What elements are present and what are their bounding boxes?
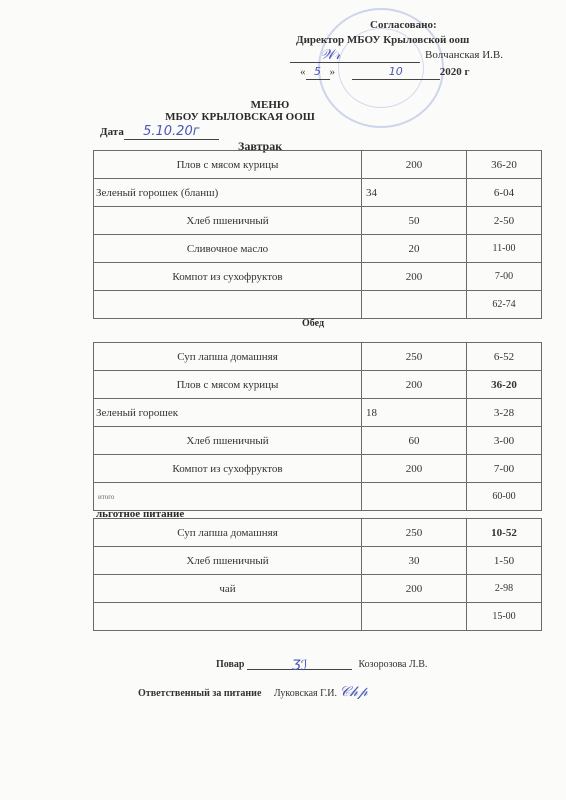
dish-name: Зеленый горошек (бланш) [94,179,362,207]
dish-weight [362,291,467,319]
dish-price: 7-00 [467,263,542,291]
table-row-total: 62-74 [94,291,542,319]
cook-label: Повар [216,659,245,670]
dish-weight: 50 [362,207,467,235]
responsible-signature-line: Ответственный за питание Луковская Г.И. … [138,684,368,700]
dish-price: 3-00 [467,427,542,455]
dish-price: 1-50 [467,547,542,575]
dish-price: 10-52 [467,519,542,547]
table-row-total: итого 60-00 [94,483,542,511]
dish-price: 2-50 [467,207,542,235]
dish-weight: 20 [362,235,467,263]
table-row: Хлеб пшеничный 50 2-50 [94,207,542,235]
total-price: 60-00 [467,483,542,511]
dish-name: Компот из сухофруктов [94,455,362,483]
table-row: Хлеб пшеничный 60 3-00 [94,427,542,455]
dish-price: 2-98 [467,575,542,603]
dish-weight: 18 [362,399,467,427]
approval-year: 2020 г [440,66,470,78]
school-name: МБОУ КРЫЛОВСКАЯ ООШ [0,111,480,123]
dish-price: 6-52 [467,343,542,371]
dish-weight: 200 [362,151,467,179]
dish-weight: 200 [362,263,467,291]
dish-price: 3-28 [467,399,542,427]
dish-price: 6-04 [467,179,542,207]
cook-signature-line: Повар Ʒℐ Козорозова Л.В. [216,658,427,670]
total-price: 15-00 [467,603,542,631]
dish-price: 36-20 [467,371,542,399]
responsible-label: Ответственный за питание [138,688,261,699]
table-row: Компот из сухофруктов 200 7-00 [94,455,542,483]
breakfast-table: Плов с мясом курицы 200 36-20 Зеленый го… [93,150,542,319]
dish-weight: 30 [362,547,467,575]
dish-weight: 34 [362,179,467,207]
dish-name: Плов с мясом курицы [94,371,362,399]
total-price: 62-74 [467,291,542,319]
table-row: чай 200 2-98 [94,575,542,603]
date-label: Дата [100,126,124,138]
dish-weight [362,603,467,631]
dish-name: Суп лапша домашняя [94,519,362,547]
approval-heading: Согласовано: [370,18,437,33]
dish-name: Плов с мясом курицы [94,151,362,179]
table-row: Суп лапша домашняя 250 10-52 [94,519,542,547]
cook-signature-field: Ʒℐ [247,658,352,670]
page-title: МЕНЮ [0,99,540,111]
dish-name: Компот из сухофруктов [94,263,362,291]
dish-name: Хлеб пшеничный [94,207,362,235]
table-row: Зеленый горошек 18 3-28 [94,399,542,427]
section-title-lunch: Обед [302,318,324,329]
lunch-table: Суп лапша домашняя 250 6-52 Плов с мясом… [93,342,542,511]
responsible-signature: 𝒞𝒽𝓅 [340,684,368,700]
table-row: Компот из сухофруктов 200 7-00 [94,263,542,291]
dish-name [94,291,362,319]
director-signature-line: 𝒲𝓇 [290,48,420,63]
director-name: Волчанская И.В. [425,48,503,63]
dish-weight: 200 [362,371,467,399]
dish-weight: 250 [362,343,467,371]
dish-price: 11-00 [467,235,542,263]
subsidized-table: Суп лапша домашняя 250 10-52 Хлеб пшенич… [93,518,542,631]
table-row: Сливочное масло 20 11-00 [94,235,542,263]
dish-weight: 200 [362,575,467,603]
dish-weight: 250 [362,519,467,547]
dish-name: чай [94,575,362,603]
dish-weight: 60 [362,427,467,455]
approval-date: «5» 102020 г [300,64,470,80]
responsible-name: Луковская Г.И. [274,688,337,699]
approval-position: Директор МБОУ Крыловской оош [296,33,469,48]
approval-month: 10 [352,64,440,80]
director-signature: 𝒲𝓇 [320,48,341,63]
date-field: Дата5.10.20г [100,124,219,140]
dish-name [94,603,362,631]
cook-name: Козорозова Л.В. [359,659,428,670]
table-row: Плов с мясом курицы 200 36-20 [94,371,542,399]
total-label: итого [94,483,362,511]
dish-name: Сливочное масло [94,235,362,263]
table-row: Зеленый горошек (бланш) 34 6-04 [94,179,542,207]
dish-price: 36-20 [467,151,542,179]
date-value: 5.10.20г [124,124,219,140]
dish-name: Суп лапша домашняя [94,343,362,371]
dish-name: Зеленый горошек [94,399,362,427]
dish-price: 7-00 [467,455,542,483]
approval-day: 5 [306,64,330,80]
table-row-total: 15-00 [94,603,542,631]
dish-name: Хлеб пшеничный [94,547,362,575]
dish-weight [362,483,467,511]
table-row: Плов с мясом курицы 200 36-20 [94,151,542,179]
cook-signature: Ʒℐ [292,658,308,674]
dish-name: Хлеб пшеничный [94,427,362,455]
dish-weight: 200 [362,455,467,483]
table-row: Хлеб пшеничный 30 1-50 [94,547,542,575]
table-row: Суп лапша домашняя 250 6-52 [94,343,542,371]
